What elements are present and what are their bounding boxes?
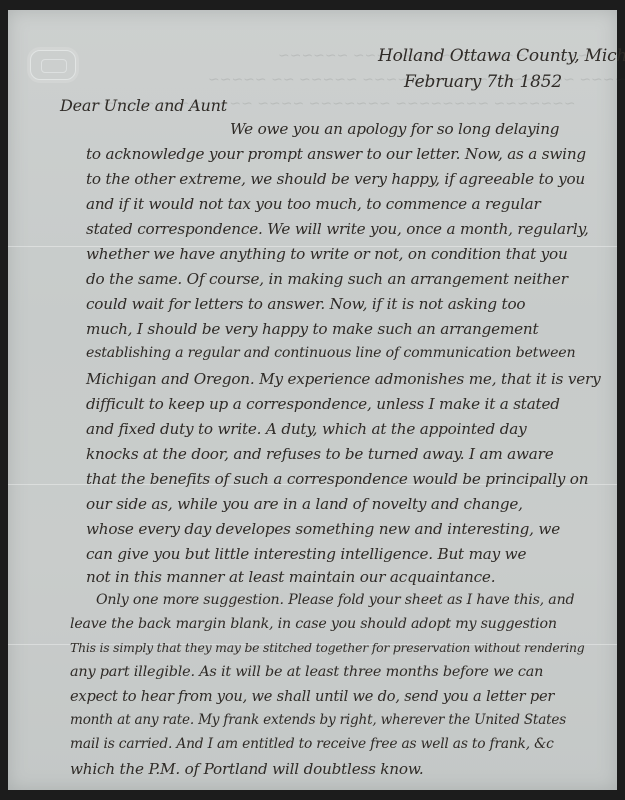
embossed-stamp-icon — [30, 50, 76, 80]
letter-line: any part illegible. As it will be at lea… — [70, 664, 543, 680]
letter-line: not in this manner at least maintain our… — [86, 568, 495, 586]
letter-line: mail is carried. And I am entitled to re… — [70, 736, 554, 752]
letter-line: which the P.M. of Portland will doubtles… — [70, 760, 423, 778]
letter-paper: ~~~~ ~~~~~~~ ~~~~~ ~~~ ~~~~~~ ~~~~ ~~ ~~… — [8, 10, 617, 790]
letter-line: and if it would not tax you too much, to… — [86, 195, 541, 213]
letter-line: leave the back margin blank, in case you… — [70, 616, 557, 632]
letter-line: establishing a regular and continuous li… — [86, 345, 575, 361]
letter-line: could wait for letters to answer. Now, i… — [86, 295, 525, 313]
letter-line: whether we have anything to write or not… — [86, 245, 568, 263]
letter-line: much, I should be very happy to make suc… — [86, 320, 538, 338]
letter-line: Michigan and Oregon. My experience admon… — [86, 370, 601, 388]
letter-line: and fixed duty to write. A duty, which a… — [86, 420, 526, 438]
letter-line: This is simply that they may be stitched… — [70, 640, 585, 655]
letter-line: whose every day developes something new … — [86, 520, 560, 538]
letter-line: can give you but little interesting inte… — [86, 545, 526, 563]
letter-line: to the other extreme, we should be very … — [86, 170, 585, 188]
letter-line: Only one more suggestion. Please fold yo… — [96, 592, 574, 608]
letter-line: stated correspondence. We will write you… — [86, 220, 589, 238]
letter-line: expect to hear from you, we shall until … — [70, 688, 554, 705]
salutation: Dear Uncle and Aunt — [60, 96, 227, 115]
letter-line: to acknowledge your prompt answer to our… — [86, 145, 586, 163]
letter-line: our side as, while you are in a land of … — [86, 495, 523, 513]
letter-place: Holland Ottawa County, Michigan — [378, 46, 625, 66]
letter-line: difficult to keep up a correspondence, u… — [86, 395, 560, 413]
letter-date: February 7th 1852 — [404, 72, 562, 92]
letter-line: do the same. Of course, in making such a… — [86, 270, 568, 288]
letter-line: that the benefits of such a corresponden… — [86, 470, 588, 488]
letter-line: knocks at the door, and refuses to be tu… — [86, 445, 554, 463]
letter-line: We owe you an apology for so long delayi… — [230, 120, 559, 138]
letter-line: month at any rate. My frank extends by r… — [70, 712, 566, 728]
